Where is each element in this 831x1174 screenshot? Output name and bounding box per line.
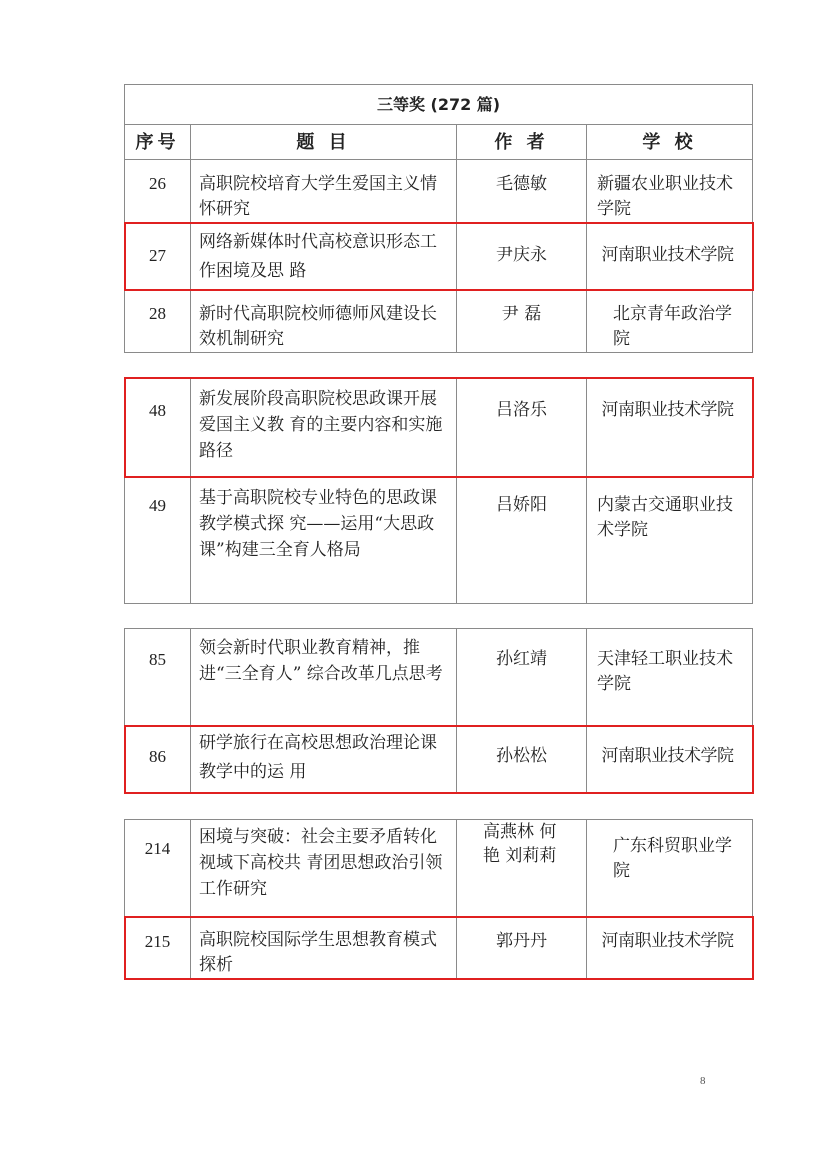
row-title: 基于高职院校专业特色的思政课教学模式探 究——运用“大思政课”构建三全育人格局 [191, 477, 457, 604]
row-number: 28 [125, 290, 191, 353]
table-row-highlighted: 48 新发展阶段高职院校思政课开展爱国主义教 育的主要内容和实施路径 吕洛乐 河… [125, 378, 753, 477]
table-row: 214 困境与突破：社会主要矛盾转化视域下高校共 青团思想政治引领工作研究 高燕… [125, 820, 753, 917]
row-number: 214 [125, 820, 191, 917]
col-header-no: 序号 [125, 125, 191, 160]
row-number: 86 [125, 726, 191, 793]
row-title: 研学旅行在高校思想政治理论课教学中的运 用 [191, 726, 457, 793]
col-header-title: 题 目 [191, 125, 457, 160]
row-number: 85 [125, 629, 191, 726]
page-number: 8 [700, 1075, 706, 1087]
row-number: 48 [125, 378, 191, 477]
table-row: 49 基于高职院校专业特色的思政课教学模式探 究——运用“大思政课”构建三全育人… [125, 477, 753, 604]
table-row-highlighted: 86 研学旅行在高校思想政治理论课教学中的运 用 孙松松 河南职业技术学院 [125, 726, 753, 793]
award-heading: 三等奖 (272 篇) [125, 85, 753, 125]
row-school: 北京青年政治学院 [587, 290, 753, 353]
row-author: 孙松松 [457, 726, 587, 793]
row-school: 河南职业技术学院 [587, 917, 753, 979]
row-title: 高职院校国际学生思想教育模式探析 [191, 917, 457, 979]
row-title: 高职院校培育大学生爱国主义情怀研究 [191, 160, 457, 223]
row-author: 尹庆永 [457, 223, 587, 290]
row-title: 新时代高职院校师德师风建设长效机制研究 [191, 290, 457, 353]
row-author: 吕娇阳 [457, 477, 587, 604]
row-author: 吕洛乐 [457, 378, 587, 477]
column-header-row: 序号 题 目 作 者 学 校 [125, 125, 753, 160]
row-author: 尹 磊 [457, 290, 587, 353]
row-number: 215 [125, 917, 191, 979]
row-number: 27 [125, 223, 191, 290]
row-author: 郭丹丹 [457, 917, 587, 979]
row-school: 天津轻工职业技术学院 [587, 629, 753, 726]
row-author: 孙红靖 [457, 629, 587, 726]
award-table-3: 85 领会新时代职业教育精神，推进“三全育人” 综合改革几点思考 孙红靖 天津轻… [124, 628, 753, 793]
row-number: 26 [125, 160, 191, 223]
row-title: 困境与突破：社会主要矛盾转化视域下高校共 青团思想政治引领工作研究 [191, 820, 457, 917]
table-row: 85 领会新时代职业教育精神，推进“三全育人” 综合改革几点思考 孙红靖 天津轻… [125, 629, 753, 726]
row-author: 高燕林 何艳 刘莉莉 [457, 820, 587, 917]
row-school: 内蒙古交通职业技术学院 [587, 477, 753, 604]
row-school: 河南职业技术学院 [587, 223, 753, 290]
table-row-highlighted: 27 网络新媒体时代高校意识形态工作困境及思 路 尹庆永 河南职业技术学院 [125, 223, 753, 290]
row-title: 网络新媒体时代高校意识形态工作困境及思 路 [191, 223, 457, 290]
row-title: 新发展阶段高职院校思政课开展爱国主义教 育的主要内容和实施路径 [191, 378, 457, 477]
row-author: 毛德敏 [457, 160, 587, 223]
row-school: 河南职业技术学院 [587, 378, 753, 477]
award-table-1: 三等奖 (272 篇) 序号 题 目 作 者 学 校 26 高职院校培育大学生爱… [124, 84, 753, 353]
award-table-4: 214 困境与突破：社会主要矛盾转化视域下高校共 青团思想政治引领工作研究 高燕… [124, 819, 753, 979]
award-table-2: 48 新发展阶段高职院校思政课开展爱国主义教 育的主要内容和实施路径 吕洛乐 河… [124, 377, 753, 604]
table-row-highlighted: 215 高职院校国际学生思想教育模式探析 郭丹丹 河南职业技术学院 [125, 917, 753, 979]
row-number: 49 [125, 477, 191, 604]
row-title: 领会新时代职业教育精神，推进“三全育人” 综合改革几点思考 [191, 629, 457, 726]
row-school: 河南职业技术学院 [587, 726, 753, 793]
row-school: 广东科贸职业学院 [587, 820, 753, 917]
table-row: 26 高职院校培育大学生爱国主义情怀研究 毛德敏 新疆农业职业技术学院 [125, 160, 753, 223]
col-header-author: 作 者 [457, 125, 587, 160]
table-row: 28 新时代高职院校师德师风建设长效机制研究 尹 磊 北京青年政治学院 [125, 290, 753, 353]
col-header-school: 学 校 [587, 125, 753, 160]
row-school: 新疆农业职业技术学院 [587, 160, 753, 223]
